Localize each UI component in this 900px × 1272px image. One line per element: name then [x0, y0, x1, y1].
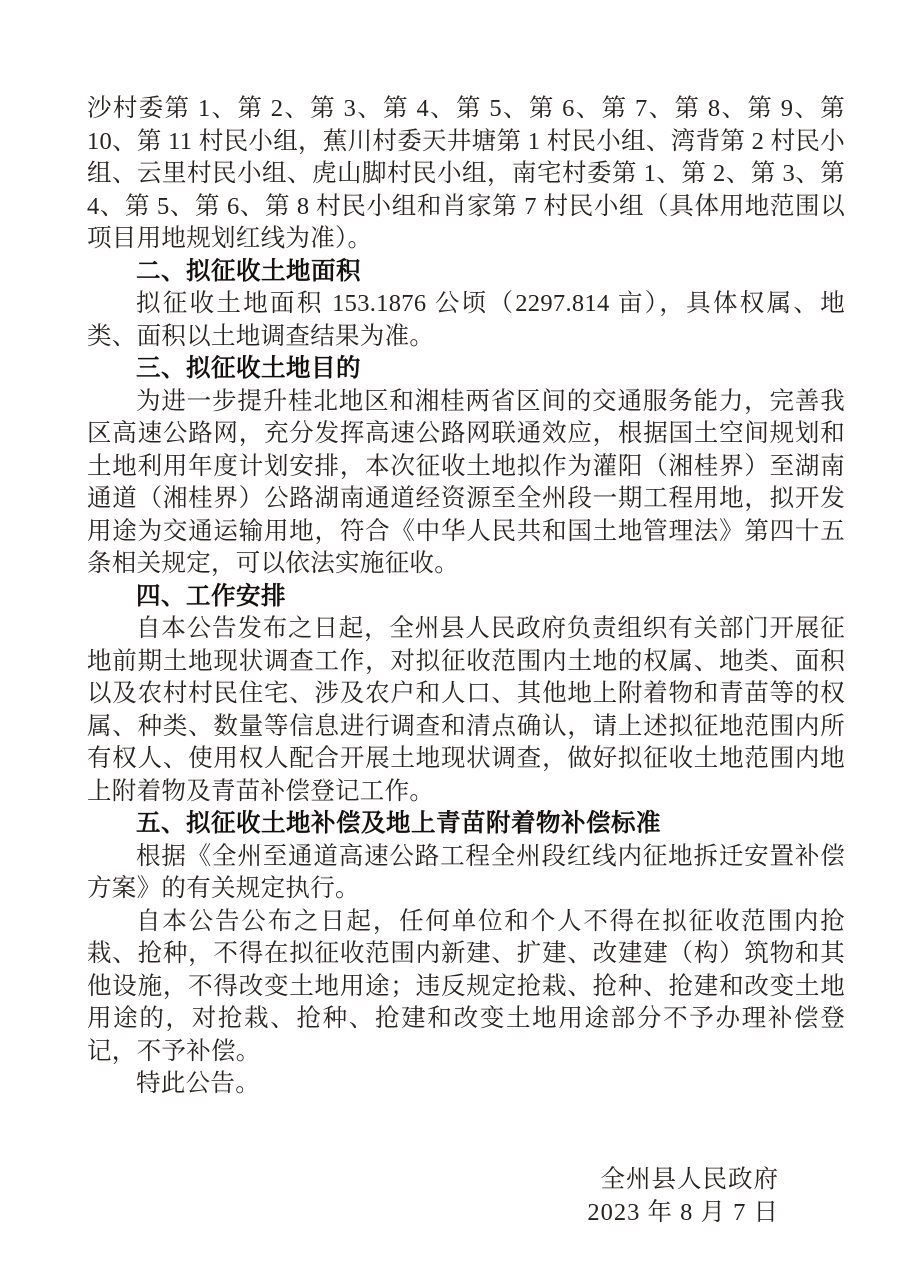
announcement-page: 沙村委第 1、第 2、第 3、第 4、第 5、第 6、第 7、第 8、第 9、第… — [0, 0, 900, 1272]
section-heading-work-arrangement: 四、工作安排 — [87, 581, 845, 614]
section-heading-compensation-standard: 五、拟征收土地补偿及地上青苗附着物补偿标准 — [87, 808, 845, 841]
section-heading-land-area: 二、拟征收土地面积 — [87, 256, 845, 289]
signature-issuer: 全州县人民政府 — [87, 1163, 779, 1196]
section-paragraph-compensation-basis: 根据《全州至通道高速公路工程全州段红线内征地拆迁安置补偿方案》的有关规定执行。 — [87, 841, 845, 906]
announcement-text-block: 沙村委第 1、第 2、第 3、第 4、第 5、第 6、第 7、第 8、第 9、第… — [87, 93, 845, 1229]
signature-block: 全州县人民政府 2023 年 8 月 7 日 — [87, 1163, 845, 1229]
section-paragraph-land-area: 拟征收土地面积 153.1876 公顷（2297.814 亩），具体权属、地类、… — [87, 288, 845, 353]
signature-date: 2023 年 8 月 7 日 — [87, 1196, 779, 1229]
continuation-paragraph: 沙村委第 1、第 2、第 3、第 4、第 5、第 6、第 7、第 8、第 9、第… — [87, 93, 845, 256]
section-paragraph-work-arrangement: 自本公告发布之日起，全州县人民政府负责组织有关部门开展征地前期土地现状调查工作，… — [87, 613, 845, 808]
section-paragraph-land-purpose: 为进一步提升桂北地区和湘桂两省区间的交通服务能力，完善我区高速公路网，充分发挥高… — [87, 386, 845, 581]
section-heading-land-purpose: 三、拟征收土地目的 — [87, 353, 845, 386]
section-paragraph-prohibitions: 自本公告公布之日起，任何单位和个人不得在拟征收范围内抢栽、抢种，不得在拟征收范围… — [87, 906, 845, 1069]
closing-line: 特此公告。 — [87, 1068, 845, 1101]
